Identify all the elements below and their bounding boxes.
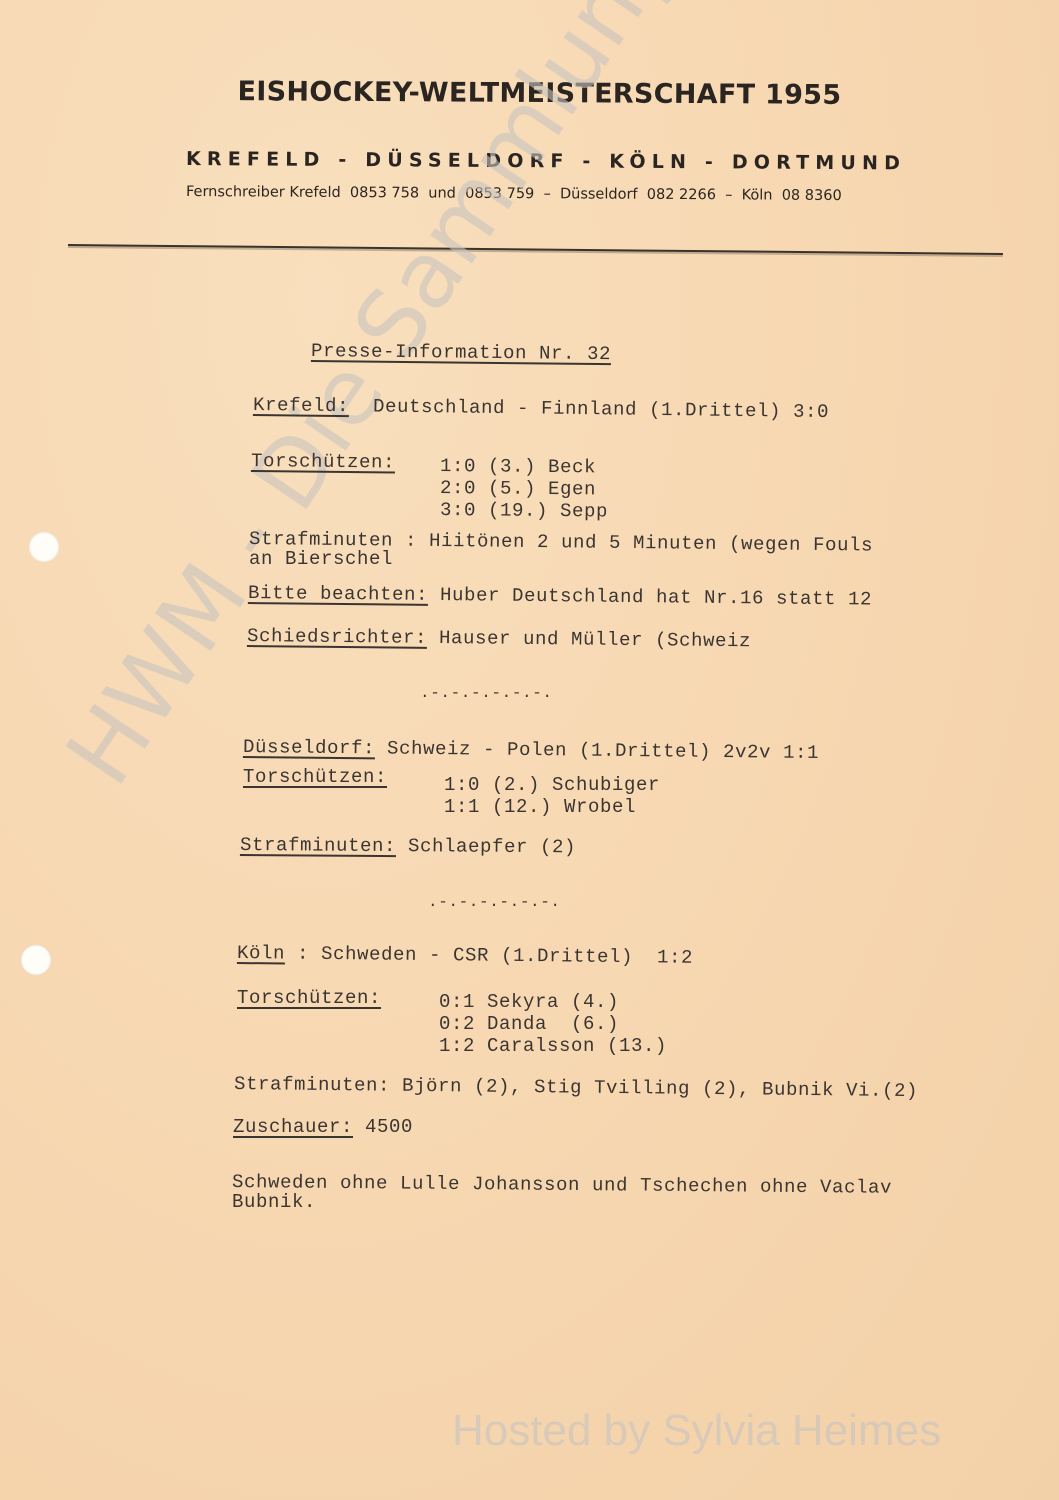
koeln-penalties-label: Strafminuten: bbox=[234, 1073, 390, 1097]
krefeld-scorer-3: 3:0 (19.) Sepp bbox=[440, 499, 608, 522]
koeln-penalties-line: Strafminuten: Björn (2), Stig Tvilling (… bbox=[234, 1073, 918, 1102]
letterhead-contacts: Fernschreiber Krefeld 0853 758 und 0853 … bbox=[186, 184, 842, 204]
krefeld-scorer-2: 2:0 (5.) Egen bbox=[440, 477, 596, 500]
koeln-note-line-1: Schweden ohne Lulle Johansson und Tschec… bbox=[232, 1171, 892, 1199]
duesseldorf-scorers-label: Torschützen: bbox=[243, 766, 387, 788]
krefeld-match-line: Krefeld: Deutschland - Finnland (1.Dritt… bbox=[253, 394, 829, 423]
koeln-note-line-2: Bubnik. bbox=[232, 1191, 316, 1213]
section-separator-2: .-.-.-.-.-.-. bbox=[428, 893, 561, 911]
hosted-by-watermark: Hosted by Sylvia Heimes bbox=[452, 1406, 941, 1456]
koeln-scorer-1: 0:1 Sekyra (4.) bbox=[439, 991, 619, 1013]
koeln-spectators: 4500 bbox=[365, 1116, 413, 1138]
punch-hole-top bbox=[29, 532, 59, 562]
krefeld-penalties-continued: an Bierschel bbox=[249, 548, 393, 570]
krefeld-note-label: Bitte beachten: bbox=[248, 582, 428, 606]
duesseldorf-label: Düsseldorf: bbox=[243, 736, 375, 759]
duesseldorf-scorer-1: 1:0 (2.) Schubiger bbox=[444, 774, 660, 796]
duesseldorf-penalties: Schlaepfer (2) bbox=[408, 835, 576, 858]
duesseldorf-match-line: Düsseldorf: Schweiz - Polen (1.Drittel) … bbox=[243, 736, 819, 764]
koeln-spectators-label: Zuschauer: bbox=[233, 1116, 353, 1138]
duesseldorf-match: Schweiz - Polen (1.Drittel) 2v2v 1:1 bbox=[387, 738, 819, 765]
krefeld-match: Deutschland - Finnland (1.Drittel) 3:0 bbox=[373, 395, 829, 423]
duesseldorf-scorer-2: 1:1 (12.) Wrobel bbox=[444, 796, 636, 818]
page-title: Presse-Information Nr. 32 bbox=[311, 340, 611, 365]
letterhead-title: EISHOCKEY-WELTMEISTERSCHAFT 1955 bbox=[0, 75, 1059, 113]
koeln-label: Köln bbox=[237, 942, 285, 965]
letterhead-cities: KREFELD - DÜSSELDORF - KÖLN - DORTMUND bbox=[186, 148, 906, 174]
koeln-scorers-label: Torschützen: bbox=[237, 987, 381, 1009]
krefeld-note: Huber Deutschland hat Nr.16 statt 12 bbox=[440, 584, 872, 611]
krefeld-referees-label: Schiedsrichter: bbox=[247, 625, 427, 649]
duesseldorf-penalties-label: Strafminuten: bbox=[240, 834, 396, 857]
koeln-penalties: Björn (2), Stig Tvilling (2), Bubnik Vi.… bbox=[402, 1075, 918, 1102]
krefeld-penalties: Hiitönen 2 und 5 Minuten (wegen Fouls bbox=[429, 530, 873, 557]
koeln-scorer-3: 1:2 Caralsson (13.) bbox=[439, 1035, 667, 1057]
letterhead-divider bbox=[68, 244, 1003, 255]
krefeld-label: Krefeld: bbox=[253, 394, 349, 417]
krefeld-scorer-1: 1:0 (3.) Beck bbox=[440, 455, 596, 478]
koeln-label-colon: : bbox=[285, 943, 309, 965]
krefeld-referees-line: Schiedsrichter: Hauser und Müller (Schwe… bbox=[247, 625, 751, 652]
koeln-match: Schweden - CSR (1.Drittel) 1:2 bbox=[321, 943, 693, 969]
duesseldorf-penalties-line: Strafminuten: Schlaepfer (2) bbox=[240, 834, 576, 858]
koeln-match-line: Köln : Schweden - CSR (1.Drittel) 1:2 bbox=[237, 942, 693, 969]
koeln-spectators-line: Zuschauer: 4500 bbox=[233, 1116, 413, 1138]
krefeld-referees: Hauser und Müller (Schweiz bbox=[439, 627, 751, 652]
section-separator-1: .-.-.-.-.-.-. bbox=[420, 684, 553, 702]
punch-hole-bottom bbox=[21, 945, 51, 975]
krefeld-scorers-label: Torschützen: bbox=[251, 450, 395, 474]
koeln-scorer-2: 0:2 Danda (6.) bbox=[439, 1013, 619, 1035]
krefeld-note-line: Bitte beachten: Huber Deutschland hat Nr… bbox=[248, 582, 872, 611]
